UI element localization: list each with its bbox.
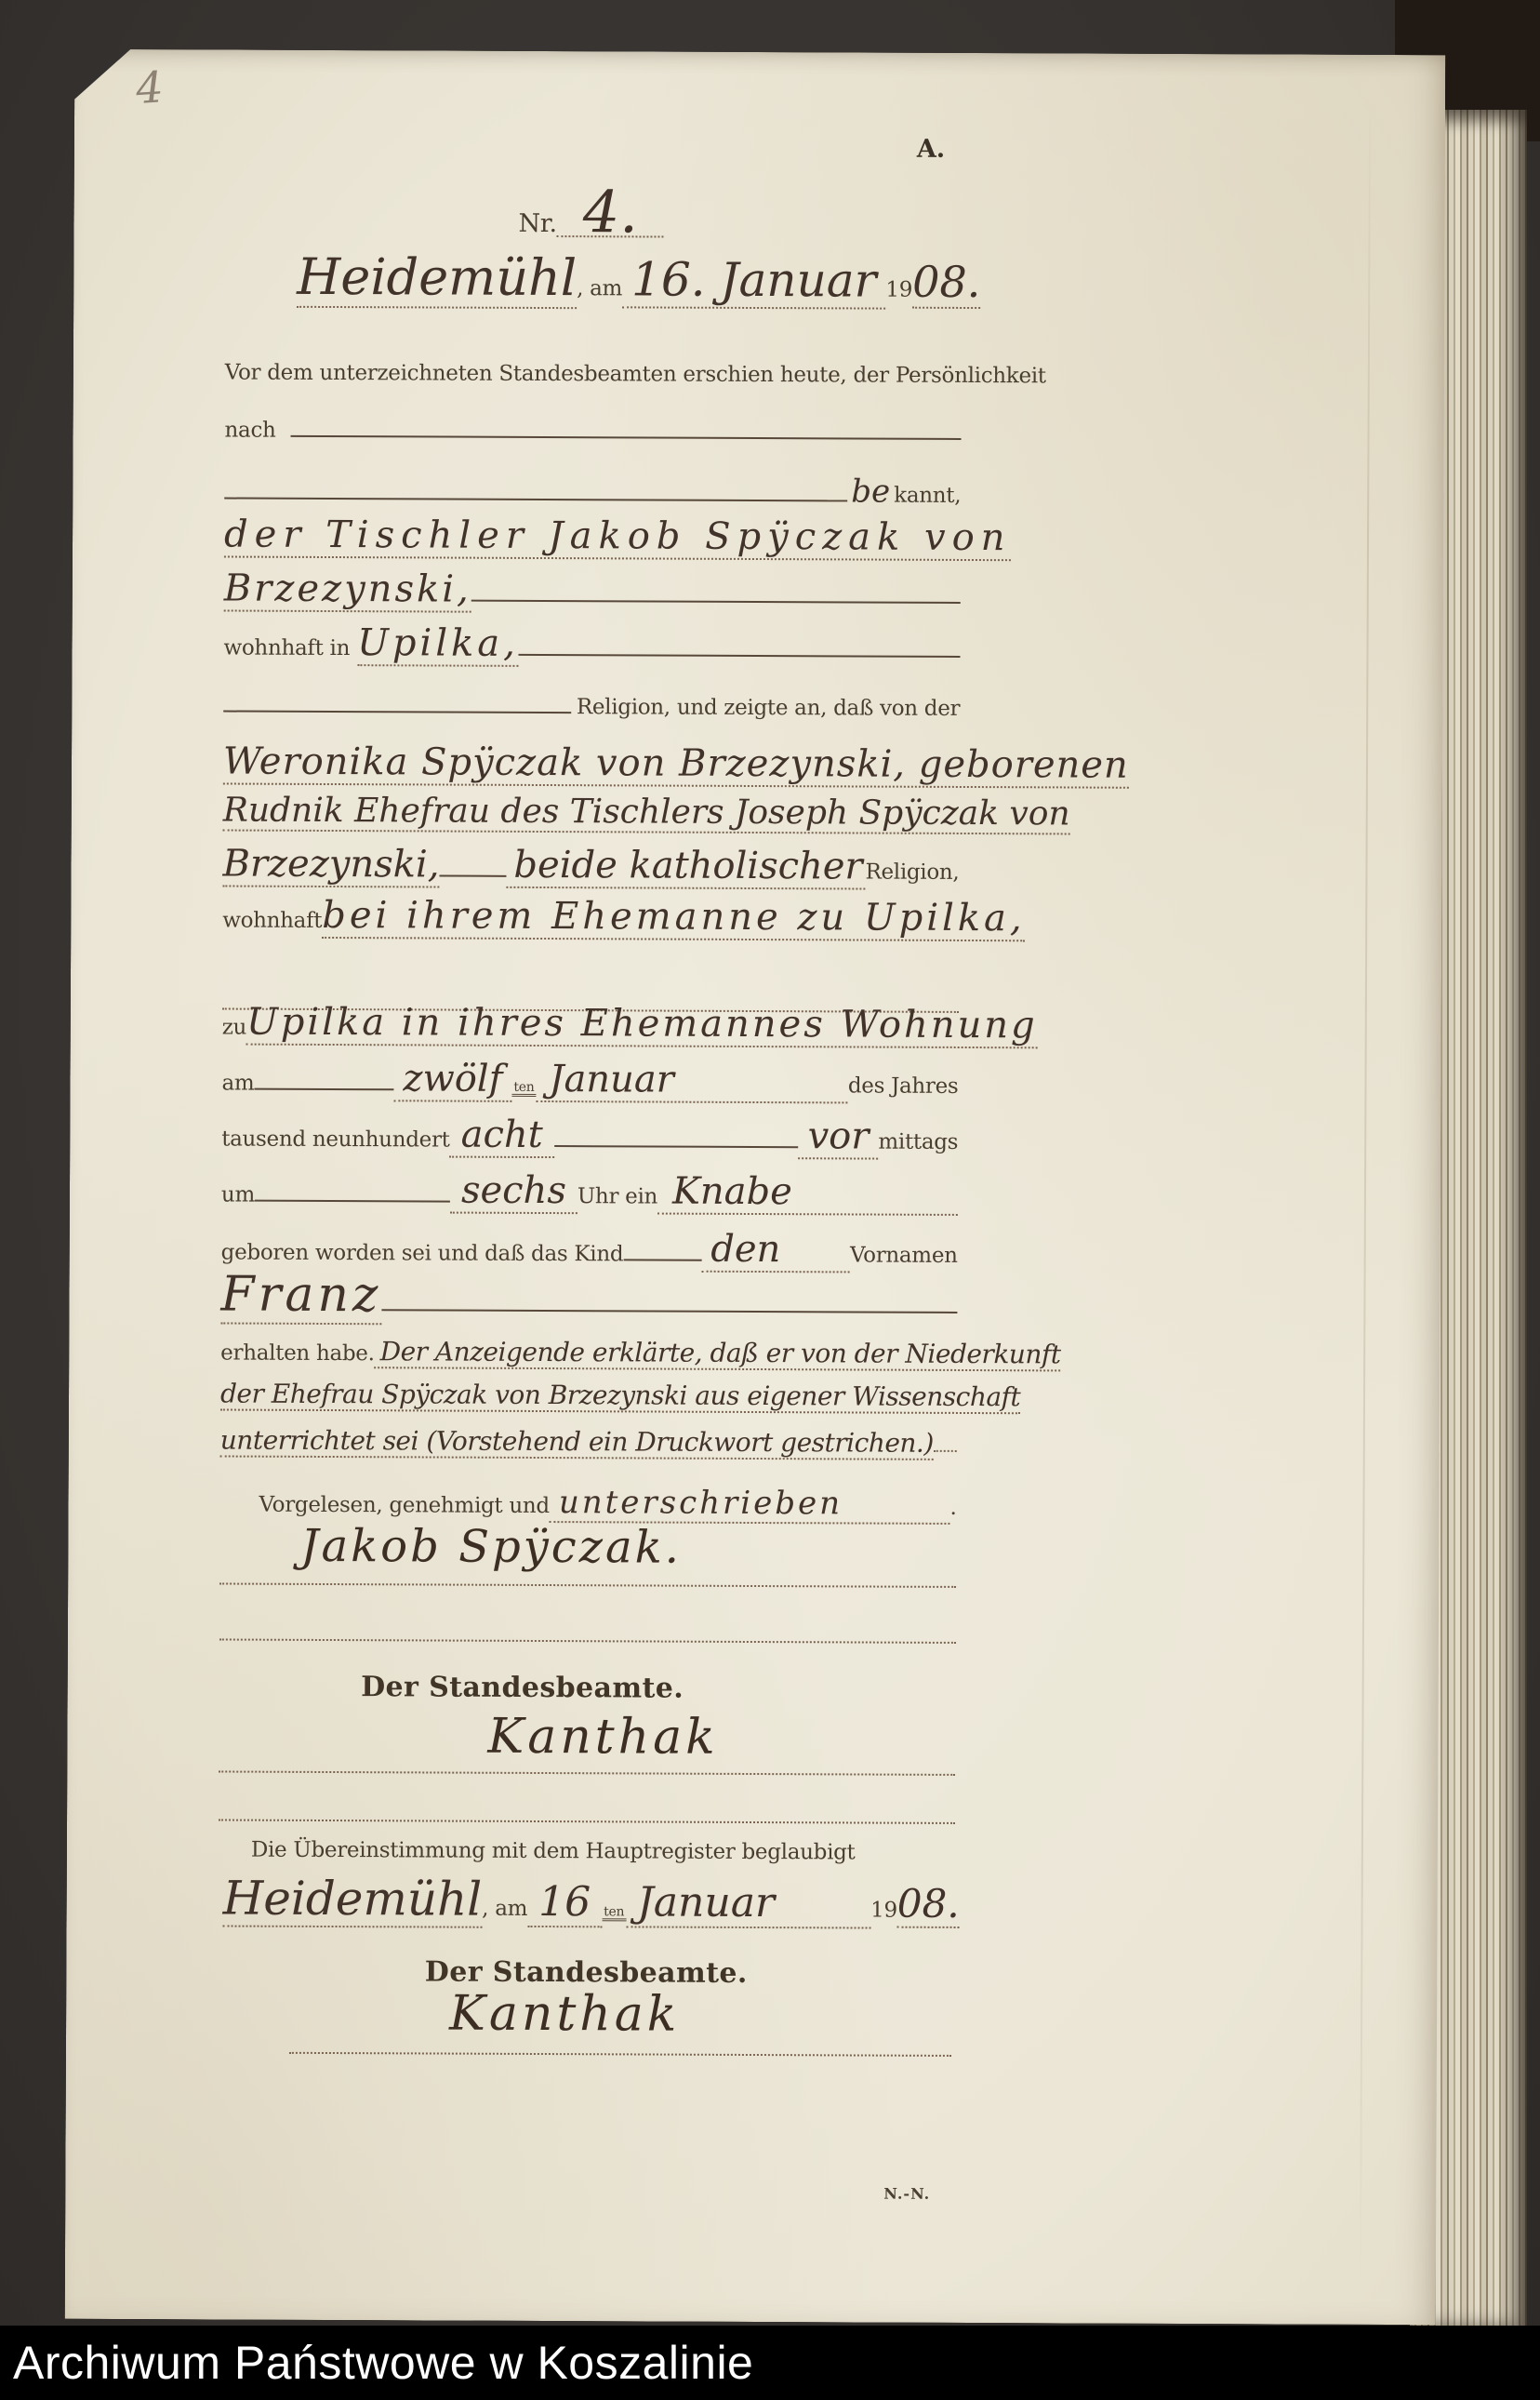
record-number-value: 4.: [557, 189, 664, 237]
period: .: [949, 1496, 956, 1520]
mother-line-3: Brzezynski, beide katholischer Religion,: [222, 842, 959, 889]
blank-rule: [255, 1200, 450, 1203]
note-line-1: erhalten habe. Der Anzeigende erklärte, …: [220, 1335, 957, 1370]
intro-line: Vor dem unterzeichneten Standesbeamten e…: [225, 361, 962, 388]
scanned-register-page: 4 A. Nr. 4. Heidemühl , am 16. Januar 19…: [0, 0, 1540, 2400]
declarant-signature: Jakob Spÿczak.: [300, 1520, 682, 1574]
note-line-3: unterrichtet sei (Vorstehend ein Druckwo…: [220, 1424, 957, 1460]
bekannt-handwritten: be: [851, 473, 890, 510]
certification-day: 16: [527, 1878, 602, 1927]
declarant-line-2: Brzezynski,: [224, 567, 961, 615]
certification-year-printed: 19: [870, 1899, 897, 1923]
forename-line: Franz: [220, 1266, 957, 1327]
dateline-year-written: 08.: [912, 257, 980, 309]
ten-label: ten: [511, 1081, 536, 1097]
pencil-page-number: 4: [134, 61, 165, 113]
signature-rule: [219, 1582, 956, 1587]
dateline-date: 16. Januar: [622, 252, 886, 309]
bekannt-line: be kannt,: [224, 471, 961, 511]
blank-rule: [381, 1309, 957, 1313]
archive-watermark-bar: Archiwum Państwowe w Koszalinie: [0, 2326, 1540, 2400]
geboren-label: geboren worden sei und daß das Kind: [221, 1240, 624, 1266]
uhr-ein-label: Uhr ein: [577, 1184, 657, 1208]
blank-rule: [254, 1088, 393, 1091]
note-text-3: unterrichtet sei (Vorstehend ein Druckwo…: [220, 1424, 934, 1460]
form-footer-note: N.-N.: [883, 2185, 930, 2203]
certification-month: Januar: [626, 1878, 870, 1928]
blank-rule: [471, 600, 961, 604]
blank-rule: [291, 435, 962, 440]
registrar-title: Der Standesbeamte.: [361, 1671, 684, 1705]
dateline-year-printed: 19: [885, 278, 912, 302]
blank-rule: [519, 654, 961, 658]
declarant-name-1: der Tischler Jakob Spÿczak von: [224, 513, 1012, 562]
nach-line: nach: [224, 419, 961, 446]
certification-registrar-signature: Kanthak: [449, 1986, 681, 2043]
mother-religion-printed: Religion,: [865, 860, 959, 885]
bekannt-printed: kannt,: [894, 484, 961, 508]
vorgelesen-label: Vorgelesen, genehmigt und: [259, 1493, 549, 1518]
empty-rule: [219, 1819, 955, 1823]
wohnhaft-in-label: wohnhaft in: [223, 636, 350, 661]
signature-rule: [219, 1770, 955, 1775]
registrar-title-line: Der Standesbeamte.: [219, 1670, 956, 1705]
blank-rule: [623, 1259, 701, 1260]
certification-year-written: 08.: [897, 1881, 960, 1928]
religion-clause: Religion, und zeigte an, daß von der: [577, 695, 961, 721]
birth-hour-line: um sechs Uhr ein Knabe: [221, 1167, 958, 1215]
birth-year-value: acht: [450, 1113, 554, 1158]
mother-line-1: Weronika Spÿczak von Brzezynski, geboren…: [223, 740, 960, 788]
nach-label: nach: [224, 419, 275, 443]
blank-rule: [554, 1145, 799, 1148]
declarant-residence: Upilka,: [357, 621, 519, 667]
declarant-line-1: der Tischler Jakob Spÿczak von: [224, 513, 961, 561]
mother-name-3a: Brzezynski,: [222, 842, 439, 887]
child-sex-value: Knabe: [657, 1170, 958, 1216]
registrar-signature: Kanthak: [487, 1709, 719, 1766]
record-number-row: Nr. 4.: [518, 189, 797, 239]
vor-value: vor: [799, 1114, 879, 1159]
certification-ten-label: ten: [602, 1905, 626, 1921]
dateline-row: Heidemühl , am 16. Januar 19 08.: [297, 247, 948, 311]
am-label: am: [221, 1071, 254, 1095]
den-value: den: [701, 1228, 850, 1273]
mother-residence-line: wohnhaft bei ihrem Ehemanne zu Upilka,: [222, 893, 959, 940]
corner-letter: A.: [917, 135, 945, 164]
vornamen-label: Vornamen: [850, 1243, 958, 1268]
birth-year-line: tausend neunhundert acht vor mittags: [221, 1112, 958, 1159]
mother-religion-hand: beide katholischer: [506, 844, 865, 890]
religion-line: Religion, und zeigte an, daß von der: [223, 694, 960, 721]
note-text-2: der Ehefrau Spÿczak von Brzezynski aus e…: [220, 1378, 1020, 1414]
certificate-paper: 4 A. Nr. 4. Heidemühl , am 16. Januar 19…: [65, 49, 1446, 2325]
note-text-1: Der Anzeigende erklärte, daß er von der …: [375, 1336, 1061, 1371]
archive-name: Archiwum Państwowe w Koszalinie: [0, 2336, 753, 2390]
des-jahres-label: des Jahres: [848, 1073, 959, 1099]
birth-day-line: am zwölf ten Januar des Jahres: [221, 1056, 958, 1103]
erhalten-label: erhalten habe.: [220, 1340, 375, 1366]
certification-statement-line: Die Übereinstimmung mit dem Hauptregiste…: [251, 1838, 958, 1865]
dateline-am-label: , am: [577, 276, 622, 300]
certification-dateline: Heidemühl , am 16 ten Januar 19 08.: [223, 1872, 960, 1930]
birthplace-value: Upilka in ihres Ehemannes Wohnung: [246, 1001, 1038, 1049]
birth-day-value: zwölf: [393, 1057, 511, 1102]
empty-rule: [219, 1638, 956, 1643]
forename-value: Franz: [220, 1266, 381, 1325]
nr-label: Nr.: [518, 209, 556, 238]
note-line-2: der Ehefrau Spÿczak von Brzezynski aus e…: [220, 1378, 957, 1413]
certification-am-label: , am: [482, 1897, 527, 1921]
intro-text: Vor dem unterzeichneten Standesbeamten e…: [225, 361, 1046, 389]
tausend-label: tausend neunhundert: [221, 1127, 450, 1152]
mother-residence: bei ihrem Ehemanne zu Upilka,: [322, 894, 1026, 941]
declarant-residence-line: wohnhaft in Upilka,: [223, 621, 960, 669]
signature-rule: [289, 2052, 951, 2057]
vorgelesen-line: Vorgelesen, genehmigt und unterschrieben…: [219, 1482, 956, 1524]
dateline-place: Heidemühl: [297, 247, 577, 309]
unterschrieben-value: unterschrieben: [550, 1484, 950, 1525]
um-label: um: [221, 1182, 255, 1207]
birth-month-value: Januar: [536, 1058, 848, 1103]
blank-rule: [224, 498, 847, 502]
certification-place: Heidemühl: [223, 1872, 483, 1928]
declarant-name-2: Brzezynski,: [224, 567, 471, 613]
zu-label: zu: [222, 1015, 246, 1039]
blank-rule: [439, 875, 506, 877]
mother-line-2: Rudnik Ehefrau des Tischlers Joseph Spÿc…: [223, 791, 960, 833]
wohnhaft-label: wohnhaft: [222, 908, 322, 932]
certification-statement: Die Übereinstimmung mit dem Hauptregiste…: [251, 1838, 856, 1865]
mittags-label: mittags: [878, 1130, 958, 1154]
birthplace-line: zu Upilka in ihres Ehemannes Wohnung: [222, 1000, 959, 1047]
mother-name-2: Rudnik Ehefrau des Tischlers Joseph Spÿc…: [223, 791, 1070, 834]
blank-rule: [223, 711, 571, 714]
birth-hour-value: sechs: [450, 1169, 577, 1215]
mother-name-1: Weronika Spÿczak von Brzezynski, geboren…: [223, 740, 1129, 789]
dotted-rule: [934, 1450, 957, 1452]
certification-registrar-title: Der Standesbeamte.: [425, 1955, 748, 1990]
certification-registrar-title-line: Der Standesbeamte.: [218, 1954, 954, 1990]
